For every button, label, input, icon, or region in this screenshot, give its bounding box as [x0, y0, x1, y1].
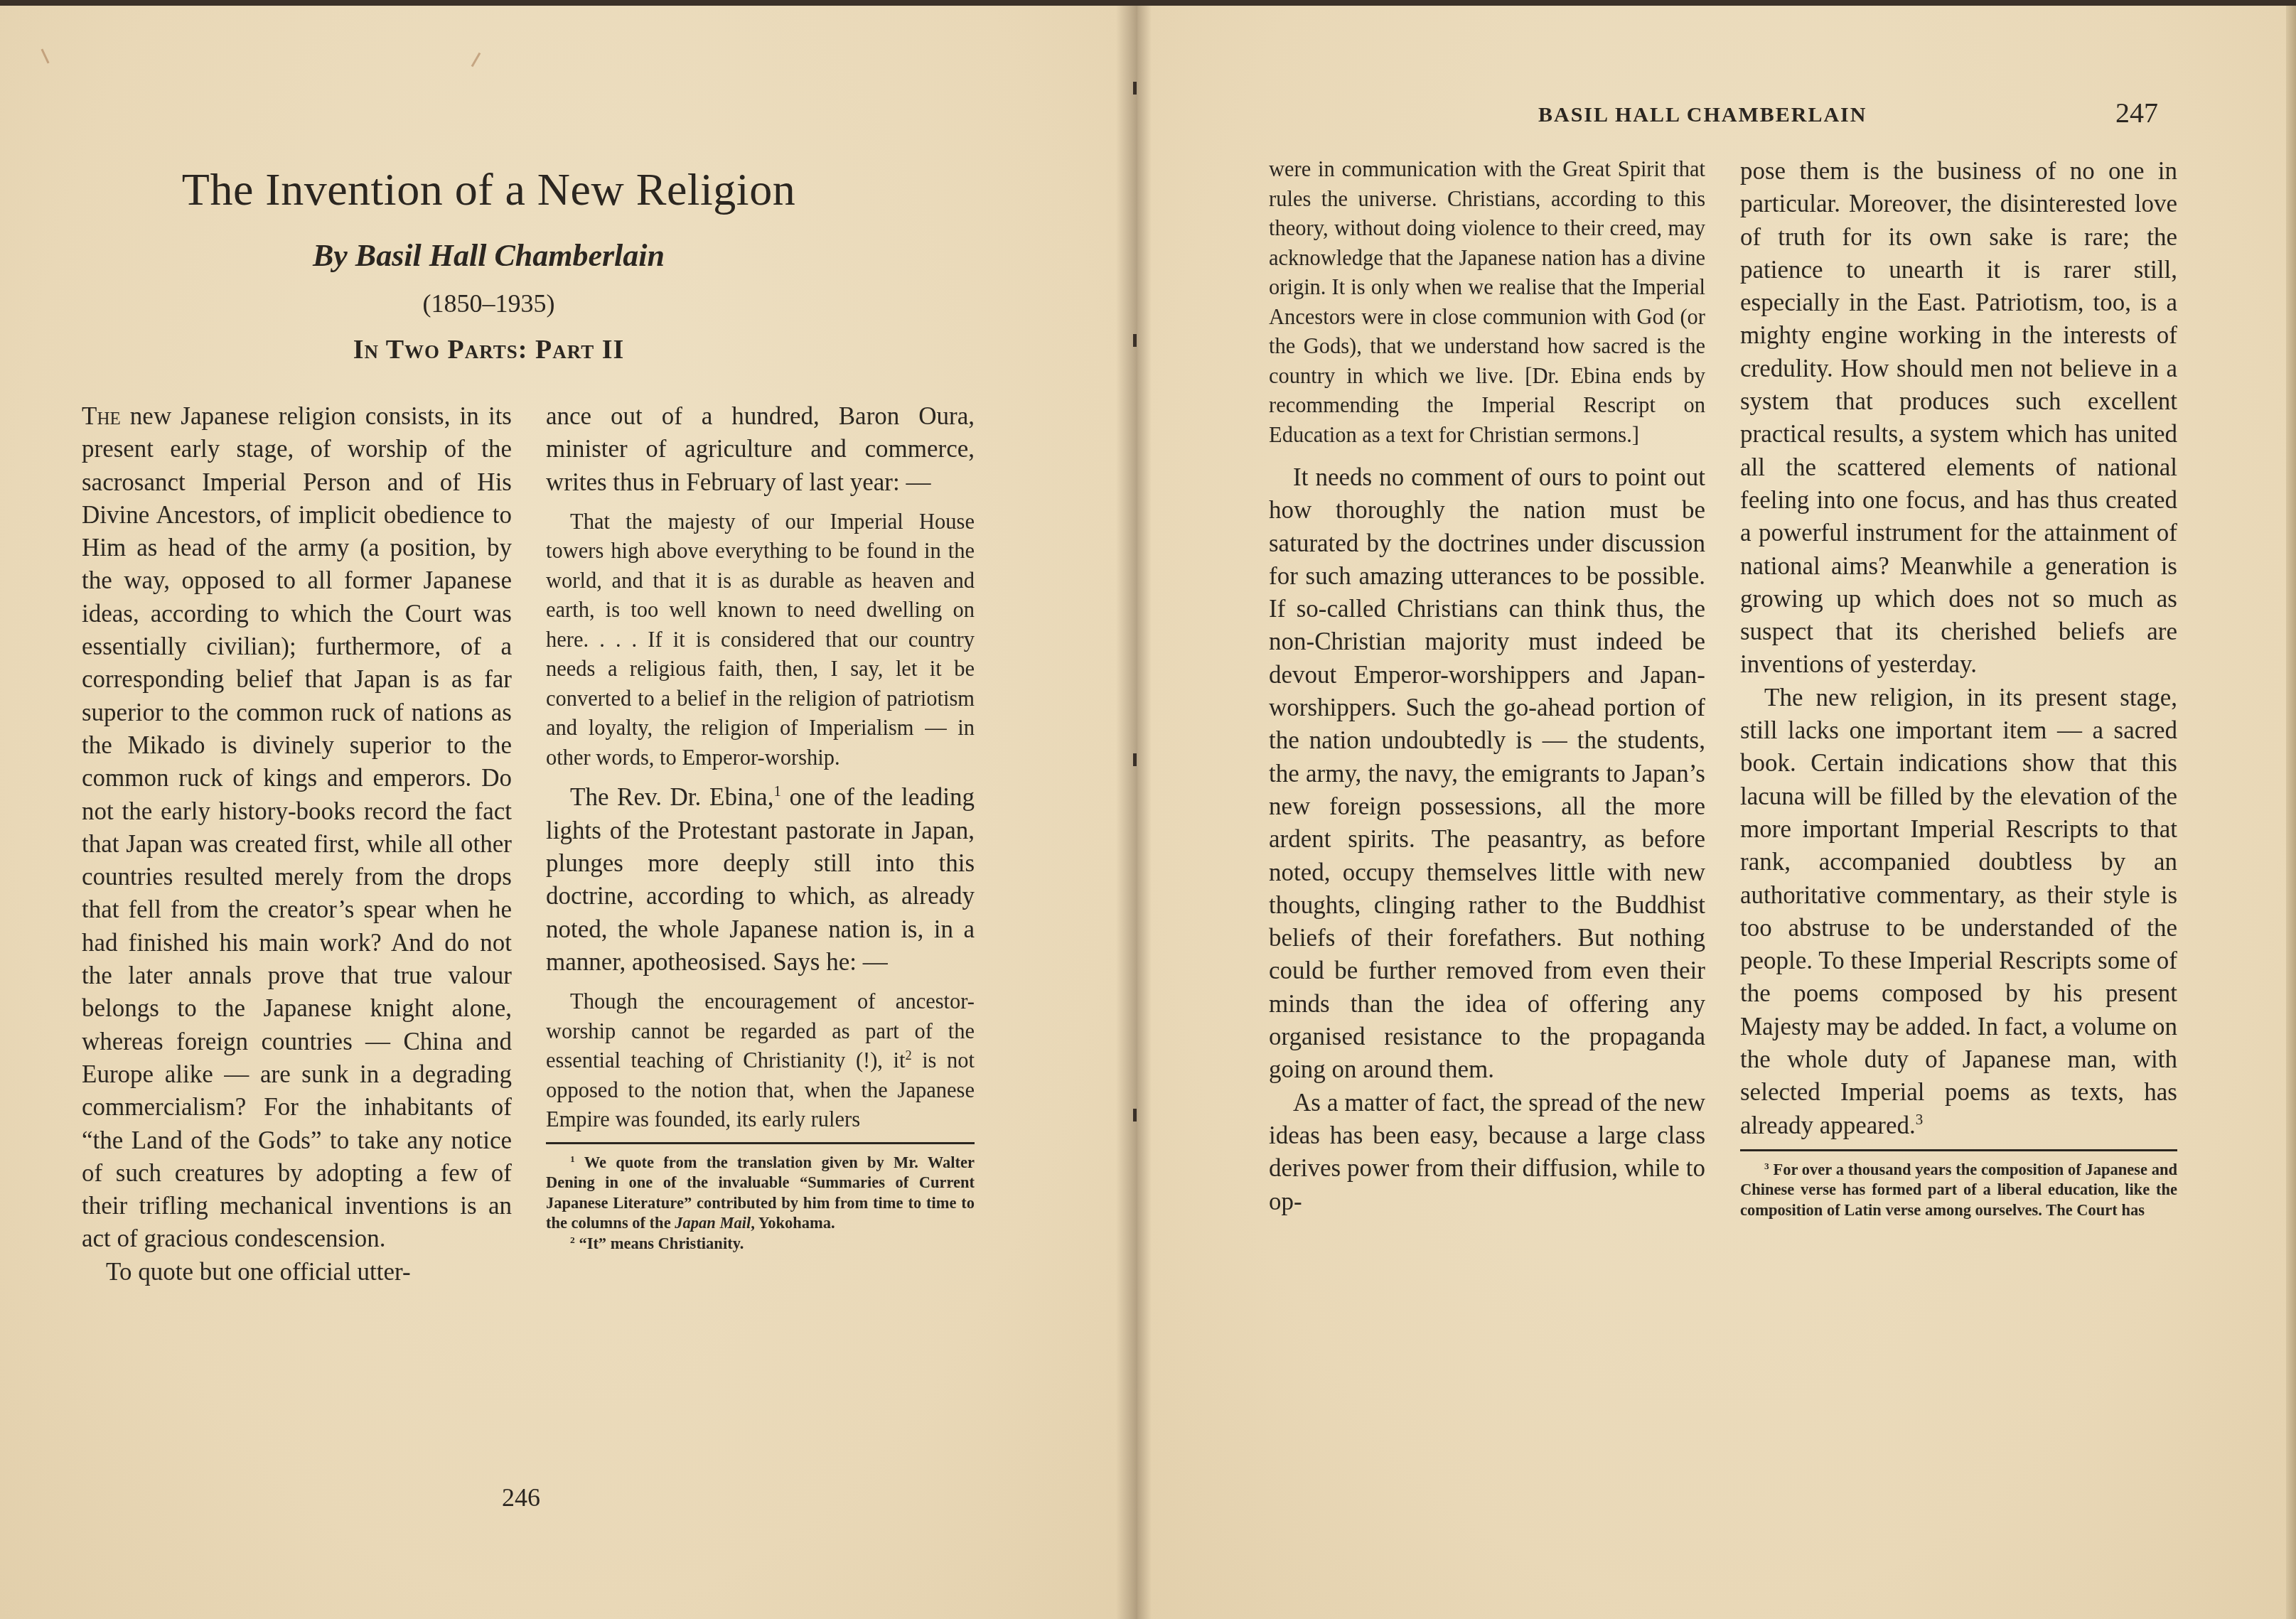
paper-speck	[41, 48, 49, 63]
gutter-shadow	[1116, 6, 1137, 1619]
binding-stitch	[1133, 1109, 1137, 1122]
part-heading: In Two Parts: Part II	[107, 334, 871, 365]
paragraph: It needs no comment of ours to point out…	[1269, 461, 1705, 1087]
paragraph: pose them is the business of no one in p…	[1740, 155, 2177, 682]
paragraph: As a matter of fact, the spread of the n…	[1269, 1087, 1705, 1218]
paragraph: The new religion, in its present stage, …	[1740, 682, 2177, 1142]
running-head: BASIL HALL CHAMBERLAIN	[1538, 103, 1867, 127]
paragraph: The Rev. Dr. Ebina,1 one of the leading …	[546, 781, 975, 979]
left-page: The Invention of a New Religion By Basil…	[0, 6, 1137, 1619]
footnote-ref: 1	[773, 783, 781, 800]
left-column-2: ance out of a hundred, Baron Oura, minis…	[546, 400, 975, 1254]
footnote-rule	[1740, 1149, 2177, 1151]
gutter-shadow	[1137, 6, 1152, 1619]
footnote-ref: 3	[1916, 1111, 1924, 1128]
footnote-ref: 2	[905, 1048, 911, 1063]
binding-stitch	[1133, 334, 1137, 347]
paper-speck	[471, 53, 481, 68]
footnote: 1 We quote from the translation given by…	[546, 1153, 975, 1234]
block-quote: were in communication with the Great Spi…	[1269, 155, 1705, 450]
binding-stitch	[1133, 82, 1137, 95]
right-column-2: pose them is the business of no one in p…	[1740, 155, 2177, 1220]
paragraph: To quote but one official utter-	[82, 1256, 512, 1289]
article-title: The Invention of a New Religion	[107, 163, 871, 216]
page-number: 247	[2115, 96, 2158, 129]
right-column-1: were in communication with the Great Spi…	[1269, 155, 1705, 1218]
block-quote: That the majesty of our Imperial House t…	[546, 507, 975, 773]
paragraph: ance out of a hundred, Baron Oura, minis…	[546, 400, 975, 499]
binding-stitch	[1133, 753, 1137, 766]
page-edge	[2286, 6, 2296, 1619]
author-dates: (1850–1935)	[107, 289, 871, 318]
footnote-rule	[546, 1142, 975, 1144]
book-top-edge	[0, 0, 2296, 6]
paragraph: The new Japanese religion consists, in i…	[82, 400, 512, 1256]
lead-word: The	[82, 402, 121, 430]
page-number: 246	[502, 1483, 540, 1512]
footnote: 2 “It” means Christianity.	[546, 1234, 975, 1254]
author-byline: By Basil Hall Chamberlain	[107, 237, 871, 274]
block-quote: Though the encouragement of ancestor-wor…	[546, 987, 975, 1135]
left-column-1: The new Japanese religion consists, in i…	[82, 400, 512, 1289]
footnote: 3 For over a thousand years the composit…	[1740, 1160, 2177, 1221]
book-spread: The Invention of a New Religion By Basil…	[0, 0, 2296, 1619]
